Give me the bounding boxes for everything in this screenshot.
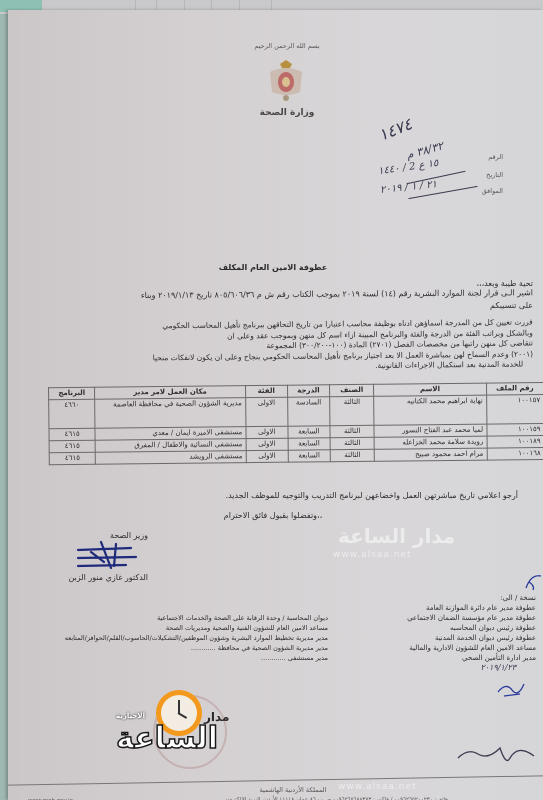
initial-signature-icon <box>496 678 526 698</box>
date-label: التاريخ <box>463 171 503 180</box>
cell-grade: السابعة <box>288 450 331 462</box>
cell-grade: السابعة <box>288 438 331 450</box>
cell-file-number: ١٠٠١٨٩ <box>487 436 543 449</box>
cell-class: الاولى <box>246 426 288 438</box>
mada-alsaa-logo: مدار الاخبارية الساعة <box>116 690 236 780</box>
appointments-table: رقم الملف الاسم الصنف الدرجة الفئة مكان … <box>48 382 543 465</box>
minister-signature-icon <box>76 540 146 570</box>
cell-class: الاولى <box>246 450 288 462</box>
cell-program: ٤٦١٥ <box>49 428 95 440</box>
cell-name: مرام احمد محمود صبيح <box>374 448 486 461</box>
cell-program: ٤٦١٥ <box>49 440 95 452</box>
watermark-url: www.alsaa.net <box>333 550 411 560</box>
initial-signature-icon <box>523 572 543 592</box>
copy-recipient: مساعد الامين العام للشؤون الادارية والما… <box>338 643 536 653</box>
copy-recipient: مدير مديرية الشؤون الصحية في محافظة ....… <box>28 643 328 653</box>
cell-category: الثالثة <box>330 396 374 425</box>
closing-line: وتفضلوا بقبول فائق الاحترام،، <box>188 510 358 521</box>
cell-class: الاولى <box>245 397 287 426</box>
body-paragraph: قررت تعيين كل من المدرجة اسماؤهن ادناه ب… <box>38 317 534 375</box>
request-line: أرجو اعلامي تاريخ مباشرتهن العمل واخضاعه… <box>88 490 518 501</box>
cell-class: الاولى <box>246 438 288 450</box>
jordan-emblem-icon <box>264 58 308 104</box>
cell-category: الثالثة <box>330 425 374 437</box>
bottom-signature-icon <box>448 738 538 768</box>
copy-recipient: مدير مستشفى ............ <box>28 653 328 663</box>
footer-contact: هاتف: ٠٠٩٦٢٦٥٢٠٠٢٣٠ / فاكس: ٠٠٩٦٢٦٥٦٨٨٣٧… <box>68 796 448 800</box>
copy-recipient: مدير ادارة التأمين الصحي <box>338 653 536 663</box>
cell-category: الثالثة <box>330 437 374 449</box>
official-letter-page: بسم الله الرحمن الرحيم وزارة الصحة ١٤٧٤ … <box>8 10 543 800</box>
cell-name: نهاية ابراهيم محمد الكتانيه <box>374 395 487 425</box>
cell-grade: السابعة <box>288 426 331 438</box>
copies-to-left: ديوان المحاسبة / وحدة الرقابة على الصحة … <box>28 613 328 663</box>
header-file-number: رقم الملف <box>486 383 543 396</box>
copy-recipient: عطوفة رئيس ديوان المحاسبه <box>338 623 536 633</box>
ministry-name: وزارة الصحة <box>248 108 326 119</box>
addressee: عطوفة الامين العام المكلف <box>188 262 358 273</box>
bismillah-text: بسم الله الرحمن الرحيم <box>252 42 322 51</box>
cell-workplace: مديرية الشؤون الصحية في محافظة العاصمة <box>95 398 246 429</box>
reference-number-value: ٣٨/٣٢ م <box>405 139 445 161</box>
header-program: البرنامج <box>49 387 95 399</box>
cell-file-number: ١٠٠١٥٧ <box>486 395 543 425</box>
cell-workplace: مستشفى الرويشد <box>96 451 246 465</box>
logo-tagline: الاخبارية <box>116 712 145 720</box>
header-grade: الدرجة <box>287 385 330 397</box>
reference-number-label: الرقم <box>463 153 503 162</box>
header-class: الفئة <box>245 385 287 397</box>
cell-grade: السادسة <box>287 397 330 426</box>
handwritten-number: ١٤٧٤ <box>376 114 415 144</box>
copy-recipient: مدير مديرية تخطيط الموارد البشرية وشؤون … <box>28 633 328 643</box>
header-category: الصنف <box>330 384 374 396</box>
copy-recipient: مساعد الامين العام للشؤون الفنية والصحية… <box>28 623 328 633</box>
copies-heading: نسخة / الى: <box>338 593 536 603</box>
copy-recipient: عطوفة رئيس ديوان الخدمة المدنية <box>338 633 536 643</box>
intro-line-2: على تنسيبكم <box>308 300 533 311</box>
copies-to-right: نسخة / الى: عطوفة مدير عام دائرة الموازن… <box>338 593 536 673</box>
footer-divider <box>8 775 543 785</box>
handwritten-date: ٢٠١٩/١/٢٣ <box>338 663 536 673</box>
cell-program: ٤٦١٥ <box>49 452 95 464</box>
copy-recipient: عطوفة مدير عام مؤسسة الضمان الاجتماعي <box>338 613 536 623</box>
cell-file-number: ١٠٠١٥٩ <box>487 424 543 437</box>
copy-recipient: ديوان المحاسبة / وحدة الرقابة على الصحة … <box>28 613 328 623</box>
cell-program: ٤٦٦٠ <box>49 399 96 428</box>
cell-file-number: ١٠٠١٦٨ <box>487 448 543 461</box>
copy-recipient: عطوفة مدير عام دائرة الموازنة العامة <box>338 603 536 613</box>
signature-name: الدكتور غازي منور الزبن <box>43 572 148 583</box>
logo-brand-main: الساعة <box>116 722 218 756</box>
watermark-url-footer: www.alsaa.net <box>338 782 416 792</box>
watermark-brand: مدار الساعة <box>338 524 455 548</box>
cell-category: الثالثة <box>330 449 374 461</box>
